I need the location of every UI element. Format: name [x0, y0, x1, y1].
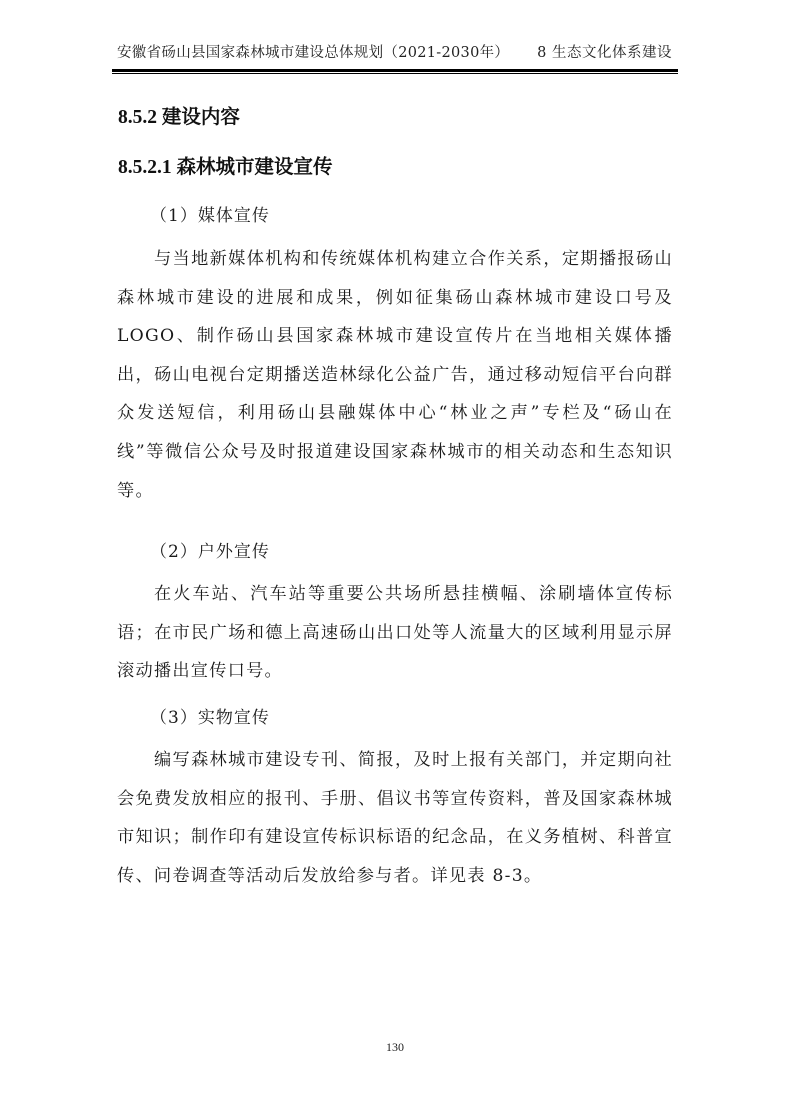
- item-title-media: （1）媒体宣传: [150, 204, 270, 228]
- header-document-title: 安徽省砀山县国家森林城市建设总体规划（2021-2030年）: [117, 42, 509, 64]
- header-rule-thick: [112, 69, 678, 72]
- item-title-outdoor: （2）户外宣传: [150, 540, 270, 564]
- item-title-physical: （3）实物宣传: [150, 706, 270, 730]
- paragraph-media: 与当地新媒体机构和传统媒体机构建立合作关系，定期播报砀山森林城市建设的进展和成果…: [117, 240, 673, 510]
- running-header: 安徽省砀山县国家森林城市建设总体规划（2021-2030年） 8 生态文化体系建…: [112, 42, 678, 64]
- header-chapter-title: 8 生态文化体系建设: [537, 42, 672, 64]
- page-number: 130: [0, 1040, 790, 1055]
- subsection-heading: 8.5.2.1 森林城市建设宣传: [118, 156, 333, 180]
- paragraph-physical: 编写森林城市建设专刊、简报，及时上报有关部门，并定期向社会免费发放相应的报刊、手…: [117, 741, 673, 895]
- section-heading: 8.5.2 建设内容: [118, 106, 240, 130]
- header-rule-thin: [112, 73, 678, 74]
- paragraph-outdoor: 在火车站、汽车站等重要公共场所悬挂横幅、涂刷墙体宣传标语；在市民广场和德上高速砀…: [117, 575, 673, 691]
- document-page: 安徽省砀山县国家森林城市建设总体规划（2021-2030年） 8 生态文化体系建…: [0, 0, 790, 1118]
